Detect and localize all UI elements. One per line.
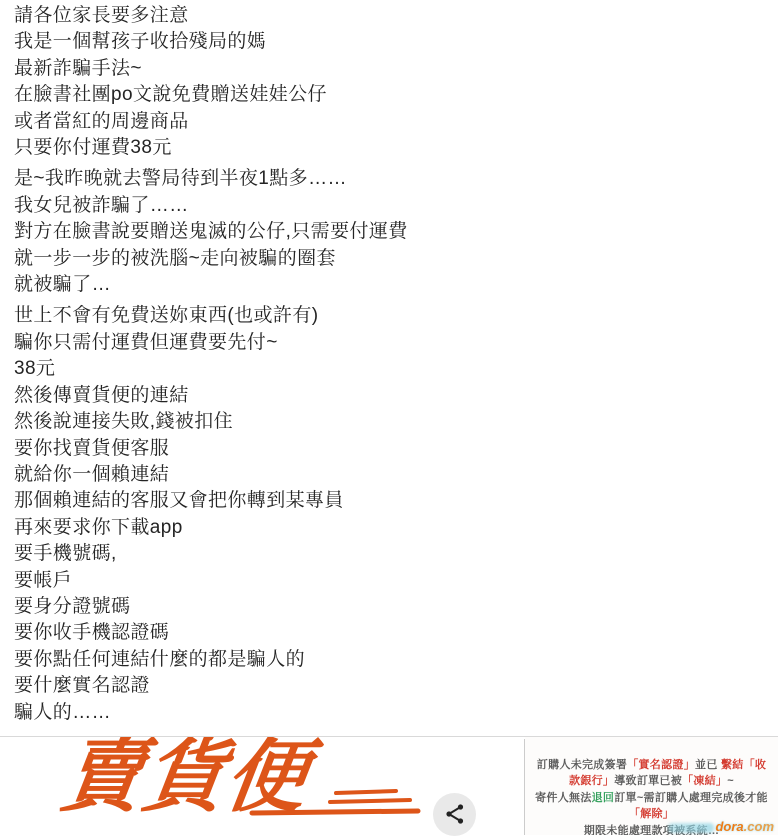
post-text-line: 我是一個幫孩子收拾殘局的媽 xyxy=(14,29,762,55)
post-text-line: 只要你付運費38元 xyxy=(14,135,762,161)
share-button[interactable] xyxy=(433,793,476,836)
post-text-line: 在臉書社團po文說免費贈送娃娃公仔 xyxy=(14,82,762,108)
notice-text-segment: 「解除」 xyxy=(629,808,674,820)
notice-text-segment: 導致訂單已被 xyxy=(614,775,682,787)
watermark: dora.com xyxy=(668,819,774,834)
post-text-line: 或者當紅的周邊商品 xyxy=(14,109,762,135)
post-text-line: 最新詐騙手法~ xyxy=(14,56,762,82)
post-text-line: 騙人的…… xyxy=(14,700,762,726)
notice-line: 訂購人未完成簽署「實名認證」並已 繫結「收 xyxy=(535,757,768,774)
watermark-brand: dora xyxy=(715,819,743,834)
notice-panel: 訂購人未完成簽署「實名認證」並已 繫結「收款銀行」導致訂單已被「凍結」~寄件人無… xyxy=(525,737,778,835)
notice-text-segment: 款銀行」 xyxy=(569,775,614,787)
post-text-line: 要你找賣貨便客服 xyxy=(14,436,762,462)
notice-text-segment: 「凍結」 xyxy=(682,775,727,787)
post-text-line: 世上不會有免費送妳東西(也或許有) xyxy=(14,303,762,329)
notice-text-segment: 訂單~需訂購人處理完成後才能 xyxy=(614,792,768,804)
post-paragraph: 請各位家長要多注意我是一個幫孩子收拾殘局的媽最新詐騙手法~在臉書社團po文說免費… xyxy=(14,3,762,161)
post-text-line: 那個賴連結的客服又會把你轉到某專員 xyxy=(14,488,762,514)
post-text-line: 要你點任何連結什麼的都是騙人的 xyxy=(14,647,762,673)
notice-text-segment: 退回 xyxy=(592,792,615,804)
post-text-line: 然後傳賣貨便的連結 xyxy=(14,383,762,409)
post-text-line: 就被騙了… xyxy=(14,272,762,298)
post-text-line: 要你收手機認證碼 xyxy=(14,620,762,646)
post-body: 請各位家長要多注意我是一個幫孩子收拾殘局的媽最新詐騙手法~在臉書社團po文說免費… xyxy=(0,0,778,726)
watermark-prefix-smudge xyxy=(668,823,714,833)
watermark-suffix: .com xyxy=(744,819,774,834)
attachment-image[interactable]: 賣貨便 訂購人未完成簽署「實名認證」並已 繫結「收款銀行」導致訂單已被「凍結」~… xyxy=(0,737,778,835)
post-text-line: 再來要求你下載app xyxy=(14,515,762,541)
post-paragraph: 世上不會有免費送妳東西(也或許有)騙你只需付運費但運費要先付~38元然後傳賣貨便… xyxy=(14,303,762,726)
post-text-line: 就一步一步的被洗腦~走向被騙的圈套 xyxy=(14,246,762,272)
notice-text-segment: 寄件人無法 xyxy=(535,792,592,804)
post-text-line: 要手機號碼, xyxy=(14,541,762,567)
share-icon xyxy=(443,802,467,826)
post-text-line: 就給你一個賴連結 xyxy=(14,462,762,488)
notice-text-segment: 訂購人未完成簽署 xyxy=(537,759,627,771)
post-text-line: 請各位家長要多注意 xyxy=(14,3,762,29)
post-text-line: 要身分證號碼 xyxy=(14,594,762,620)
post-paragraph: 是~我昨晚就去警局待到半夜1點多……我女兒被詐騙了……對方在臉書說要贈送鬼滅的公… xyxy=(14,166,762,298)
notice-text-segment: 「實名認證」 xyxy=(627,759,695,771)
post-text-line: 對方在臉書說要贈送鬼滅的公仔,只需要付運費 xyxy=(14,219,762,245)
post-text-line: 要帳戶 xyxy=(14,568,762,594)
post-text-line: 我女兒被詐騙了…… xyxy=(14,193,762,219)
notice-line: 款銀行」導致訂單已被「凍結」~ xyxy=(535,773,768,790)
notice-text-segment: ~ xyxy=(727,775,734,787)
notice-line: 寄件人無法退回訂單~需訂購人處理完成後才能 xyxy=(535,790,768,807)
post-text-line: 然後說連接失敗,錢被扣住 xyxy=(14,409,762,435)
post-text-line: 騙你只需付運費但運費要先付~ xyxy=(14,330,762,356)
post-text-line: 要什麼實名認證 xyxy=(14,673,762,699)
post-text-line: 38元 xyxy=(14,356,762,382)
notice-text-segment: 並已 xyxy=(695,759,721,771)
notice-text-segment: 繫結「收 xyxy=(721,759,766,771)
post-text-line: 是~我昨晚就去警局待到半夜1點多…… xyxy=(14,166,762,192)
